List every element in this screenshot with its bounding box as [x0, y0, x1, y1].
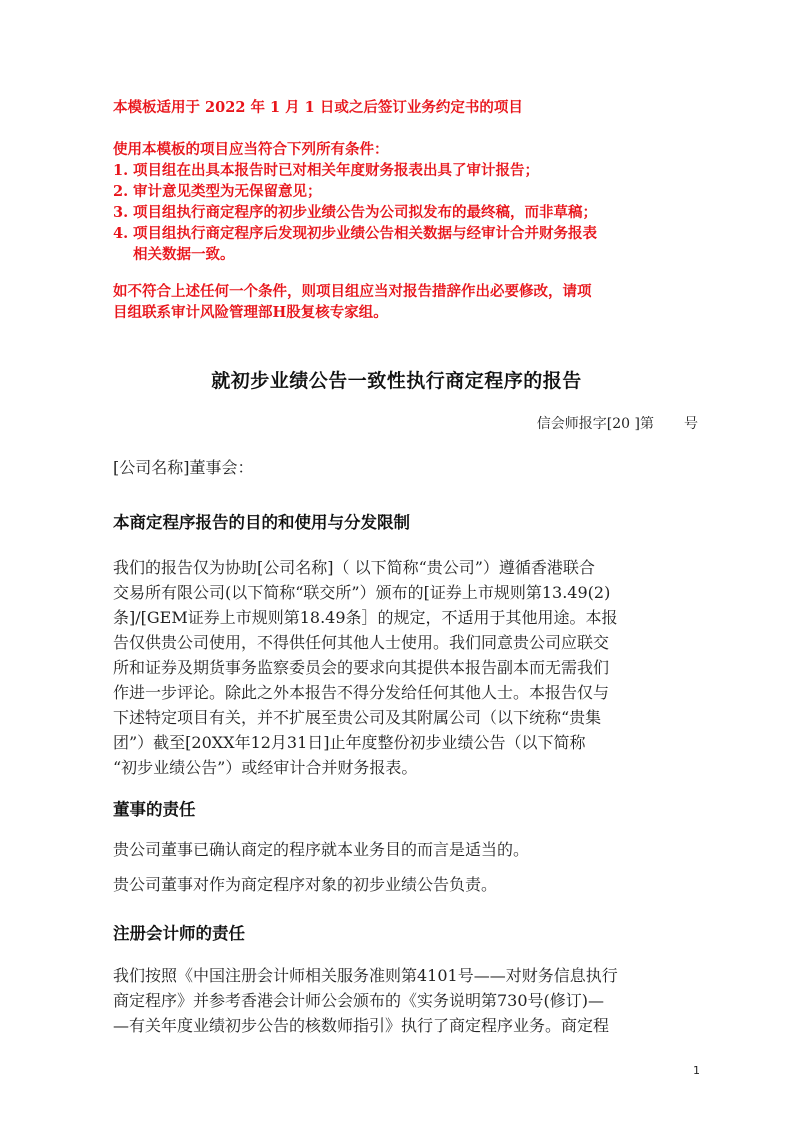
- addressee: [公司名称]董事会：: [113, 455, 254, 478]
- paragraph-line: 交易所有限公司(以下简称“联交所”）颁布的[证券上市规则第13.49(2): [113, 580, 703, 605]
- paragraph-line: 所和证券及期货事务监察委员会的要求向其提供本报告副本而无需我们: [113, 655, 703, 680]
- paragraph-line: 我们按照《中国注册会计师相关服务准则第4101号——对财务信息执行: [113, 963, 703, 988]
- condition-item: 1.项目组在出具本报告时已对相关年度财务报表出具了审计报告；: [113, 160, 713, 181]
- condition-item: 2.审计意见类型为无保留意见；: [113, 181, 713, 202]
- page-number: 1: [693, 1064, 700, 1077]
- condition-number: 2.: [113, 181, 133, 202]
- condition-text: 项目组执行商定程序的初步业绩公告为公司拟发布的最终稿，而非草稿；: [133, 204, 597, 221]
- paragraph-line: 告仅供贵公司使用，不得供任何其他人士使用。我们同意贵公司应联交: [113, 630, 703, 655]
- condition-number: 1.: [113, 160, 133, 181]
- condition-text: 项目组在出具本报告时已对相关年度财务报表出具了审计报告；: [133, 162, 539, 179]
- section-heading-directors: 董事的责任: [113, 796, 196, 820]
- condition-item-continuation: 相关数据一致。: [113, 244, 713, 265]
- paragraph-line: 商定程序》并参考香港会计师公会颁布的《实务说明第730号(修订)—: [113, 988, 703, 1013]
- condition-item: 3.项目组执行商定程序的初步业绩公告为公司拟发布的最终稿，而非草稿；: [113, 202, 713, 223]
- report-title: 就初步业绩公告一致性执行商定程序的报告: [0, 366, 793, 393]
- document-page: 本模板适用于 2022 年 1 月 1 日或之后签订业务约定书的项目 使用本模板…: [0, 0, 793, 1122]
- report-reference-number: 信会师报字[20 ]第号: [537, 413, 698, 433]
- ref-suffix: 号: [684, 416, 698, 432]
- paragraph-line: “初步业绩公告”）或经审计合并财务报表。: [113, 755, 703, 780]
- directors-paragraph-1: 贵公司董事已确认商定的程序就本业务目的而言是适当的。: [113, 837, 703, 862]
- fallback-line: 如不符合上述任何一个条件，则项目组应当对报告措辞作出必要修改，请项: [113, 281, 713, 302]
- fallback-line: 目组联系审计风险管理部H股复核专家组。: [113, 302, 713, 323]
- paragraph-line: 我们的报告仅为协助[公司名称]（ 以下简称“贵公司”）遵循香港联合: [113, 555, 703, 580]
- condition-number: 3.: [113, 202, 133, 223]
- template-fallback-note: 如不符合上述任何一个条件，则项目组应当对报告措辞作出必要修改，请项 目组联系审计…: [113, 281, 713, 323]
- conditions-intro: 使用本模板的项目应当符合下列所有条件：: [113, 139, 713, 160]
- paragraph-line: 作进一步评论。除此之外本报告不得分发给任何其他人士。本报告仅与: [113, 680, 703, 705]
- directors-paragraph-2: 贵公司董事对作为商定程序对象的初步业绩公告负责。: [113, 872, 703, 897]
- purpose-paragraph: 我们的报告仅为协助[公司名称]（ 以下简称“贵公司”）遵循香港联合 交易所有限公…: [113, 555, 703, 780]
- paragraph-line: 下述特定项目有关，并不扩展至贵公司及其附属公司（以下统称“贵集: [113, 705, 703, 730]
- paragraph-line: 条]/[GEM证券上市规则第18.49条］的规定，不适用于其他用途。本报: [113, 605, 703, 630]
- paragraph-line: 团”）截至[20XX年12月31日]止年度整份初步业绩公告（以下简称: [113, 730, 703, 755]
- accountants-paragraph: 我们按照《中国注册会计师相关服务准则第4101号——对财务信息执行 商定程序》并…: [113, 963, 703, 1038]
- section-heading-purpose: 本商定程序报告的目的和使用与分发限制: [113, 509, 410, 533]
- condition-number: 4.: [113, 223, 133, 244]
- condition-text: 审计意见类型为无保留意见；: [133, 183, 322, 200]
- paragraph-line: —有关年度业绩初步公告的核数师指引》执行了商定程序业务。商定程: [113, 1013, 703, 1038]
- condition-text: 项目组执行商定程序后发现初步业绩公告相关数据与经审计合并财务报表: [133, 225, 597, 242]
- template-conditions: 使用本模板的项目应当符合下列所有条件： 1.项目组在出具本报告时已对相关年度财务…: [113, 139, 713, 265]
- template-applicability-note: 本模板适用于 2022 年 1 月 1 日或之后签订业务约定书的项目: [113, 97, 713, 118]
- section-heading-accountants: 注册会计师的责任: [113, 920, 245, 944]
- ref-prefix: 信会师报字[20 ]第: [537, 416, 654, 432]
- condition-item: 4.项目组执行商定程序后发现初步业绩公告相关数据与经审计合并财务报表: [113, 223, 713, 244]
